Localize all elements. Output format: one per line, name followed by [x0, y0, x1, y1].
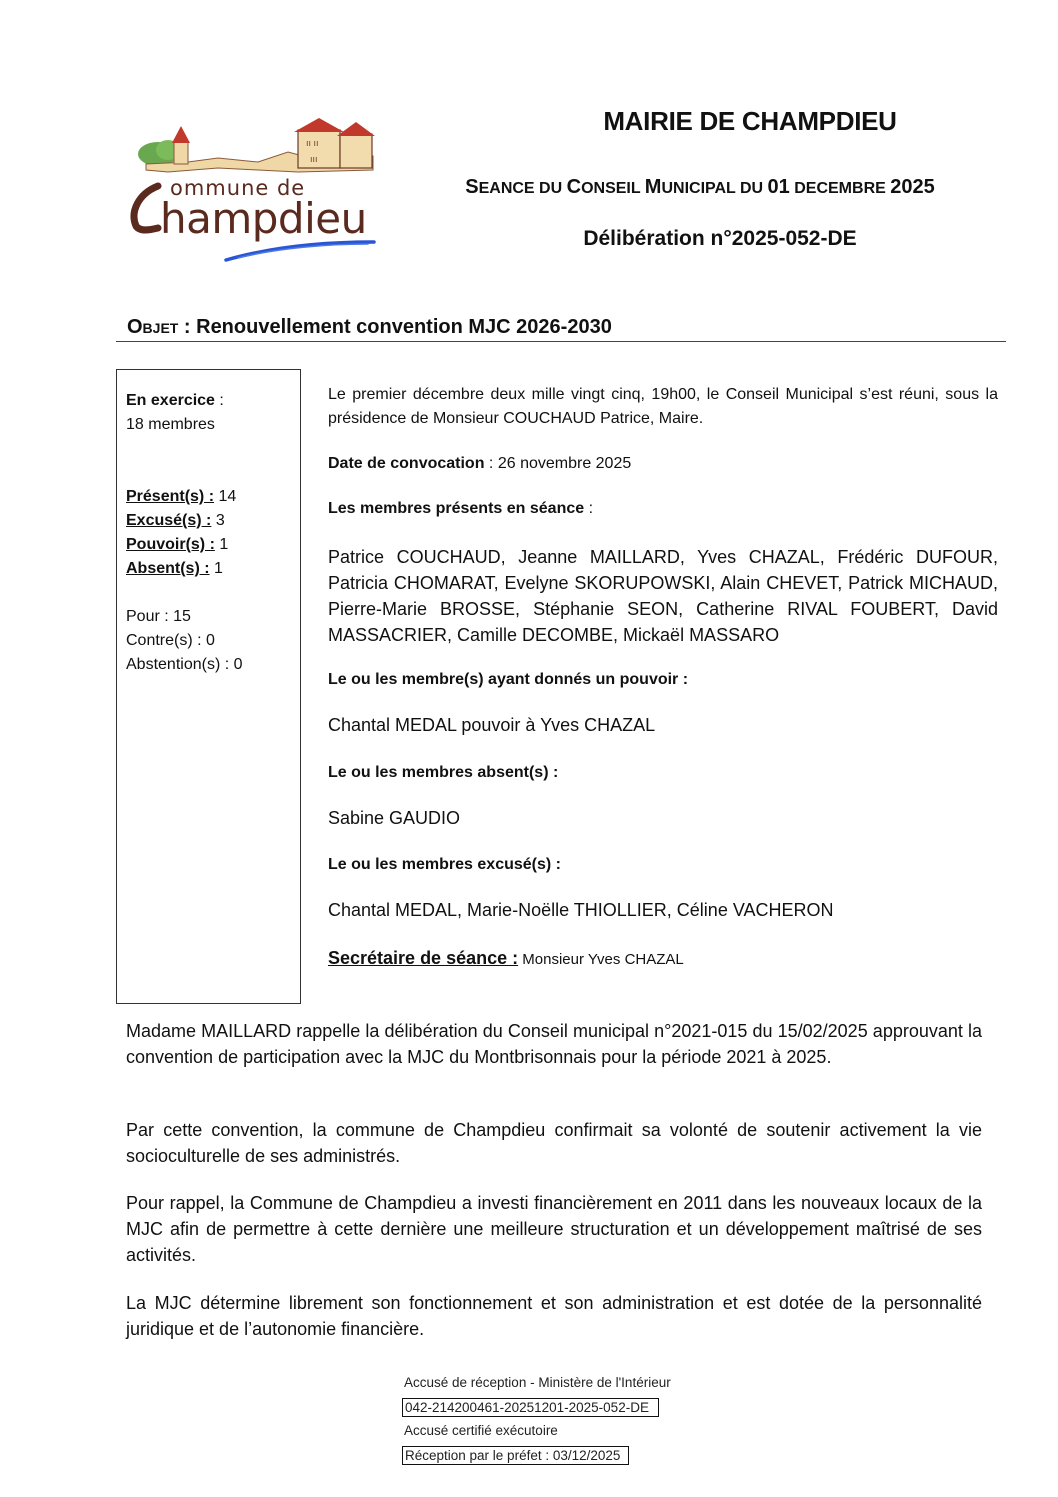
vote-contre: Contre(s) : 0 — [126, 629, 243, 653]
objet-text: Renouvellement convention MJC 2026-2030 — [191, 316, 612, 338]
secretaire-seance: Secrétaire de séance : Monsieur Yves CHA… — [328, 946, 998, 972]
absents-heading: Le ou les membres absent(s) : — [328, 761, 998, 785]
stamp-acte-id: 042-214200461-20251201-2025-052-DE — [402, 1398, 659, 1417]
pouvoir-list: Chantal MEDAL pouvoir à Yves CHAZAL — [328, 713, 998, 737]
absents-list: Sabine GAUDIO — [328, 806, 998, 830]
pouvoirs-count: Pouvoir(s) : 1 — [126, 533, 236, 557]
logo-text-champdieu: hampdieu — [160, 194, 367, 243]
svg-text:ııı: ııı — [310, 154, 318, 164]
absents-count: Absent(s) : 1 — [126, 557, 236, 581]
attendance-counts: Présent(s) : 14 Excusé(s) : 3 Pouvoir(s)… — [126, 485, 236, 581]
objet-label: Objet : — [127, 316, 191, 338]
seance-title: SEANCE DU CONSEIL MUNICIPAL DU 01 DECEMB… — [430, 176, 970, 199]
excuses-list: Chantal MEDAL, Marie-Noëlle THIOLLIER, C… — [328, 898, 998, 922]
body-paragraph-1: Madame MAILLARD rappelle la délibération… — [126, 1018, 982, 1070]
vote-abstention: Abstention(s) : 0 — [126, 653, 243, 677]
svg-text:ıı ıı: ıı ıı — [306, 138, 319, 148]
stamp-executoire: Accusé certifié exécutoire — [404, 1423, 558, 1438]
objet-line: Objet : Renouvellement convention MJC 20… — [127, 316, 612, 339]
pouvoir-heading: Le ou les membre(s) ayant donnés un pouv… — [328, 668, 998, 692]
body-paragraph-3: Pour rappel, la Commune de Champdieu a i… — [126, 1190, 982, 1268]
presents-heading: Les membres présents en séance : — [328, 497, 998, 521]
presents-list: Patrice COUCHAUD, Jeanne MAILLARD, Yves … — [328, 544, 998, 648]
vote-pour: Pour : 15 — [126, 605, 243, 629]
convocation-date: Date de convocation : 26 novembre 2025 — [328, 452, 998, 476]
stamp-reception: Réception par le préfet : 03/12/2025 — [402, 1446, 629, 1465]
deliberation-number: Délibération n°2025-052-DE — [450, 227, 990, 251]
presents-count: Présent(s) : 14 — [126, 485, 236, 509]
commune-logo: ıı ıı ııı ommune de hampdieu — [128, 112, 380, 267]
seance-intro: Le premier décembre deux mille vingt cin… — [328, 383, 998, 431]
excuses-count: Excusé(s) : 3 — [126, 509, 236, 533]
vote-results: Pour : 15 Contre(s) : 0 Abstention(s) : … — [126, 605, 243, 677]
mairie-title: MAIRIE DE CHAMPDIEU — [460, 106, 1040, 137]
stamp-ministere: Accusé de réception - Ministère de l'Int… — [404, 1375, 671, 1390]
en-exercice: En exercice : 18 membres — [126, 389, 224, 437]
objet-divider — [116, 341, 1006, 342]
body-paragraph-2: Par cette convention, la commune de Cham… — [126, 1117, 982, 1169]
excuses-heading: Le ou les membres excusé(s) : — [328, 853, 998, 877]
body-paragraph-4: La MJC détermine librement son fonctionn… — [126, 1290, 982, 1342]
vote-stats-box — [116, 369, 301, 1004]
